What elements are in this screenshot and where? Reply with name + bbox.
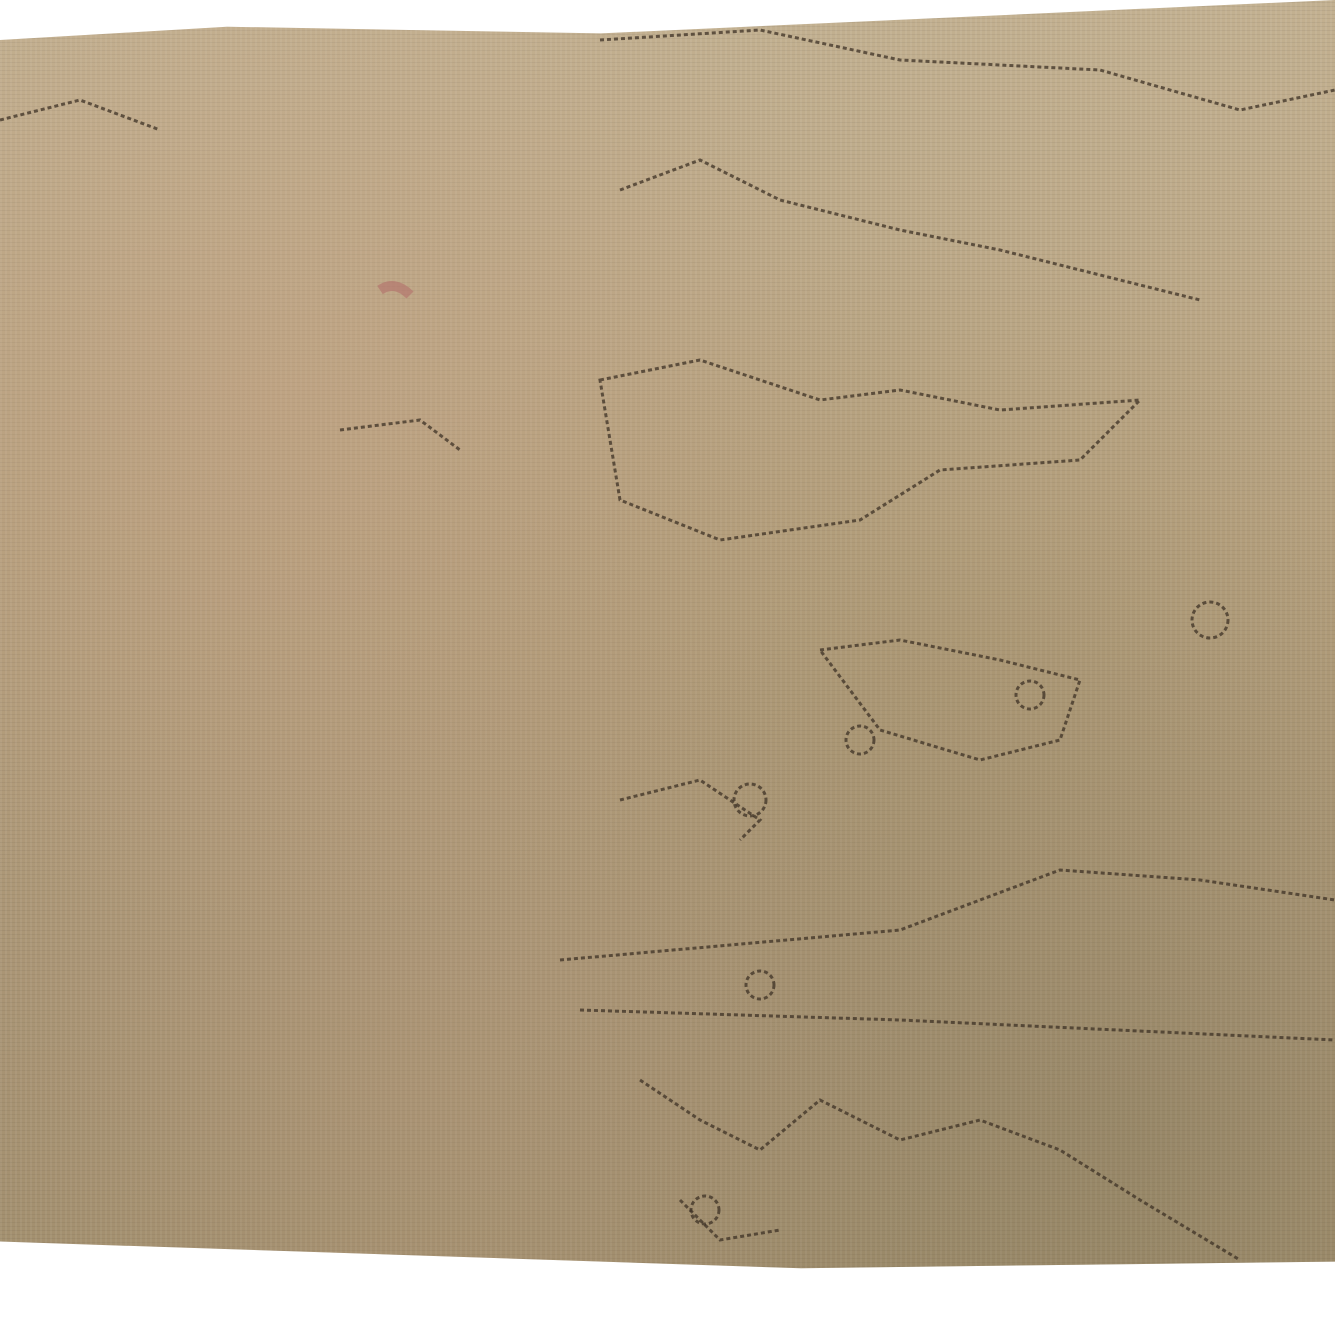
rug-motifs: [0, 0, 1335, 1335]
rug-photo: [0, 0, 1335, 1335]
